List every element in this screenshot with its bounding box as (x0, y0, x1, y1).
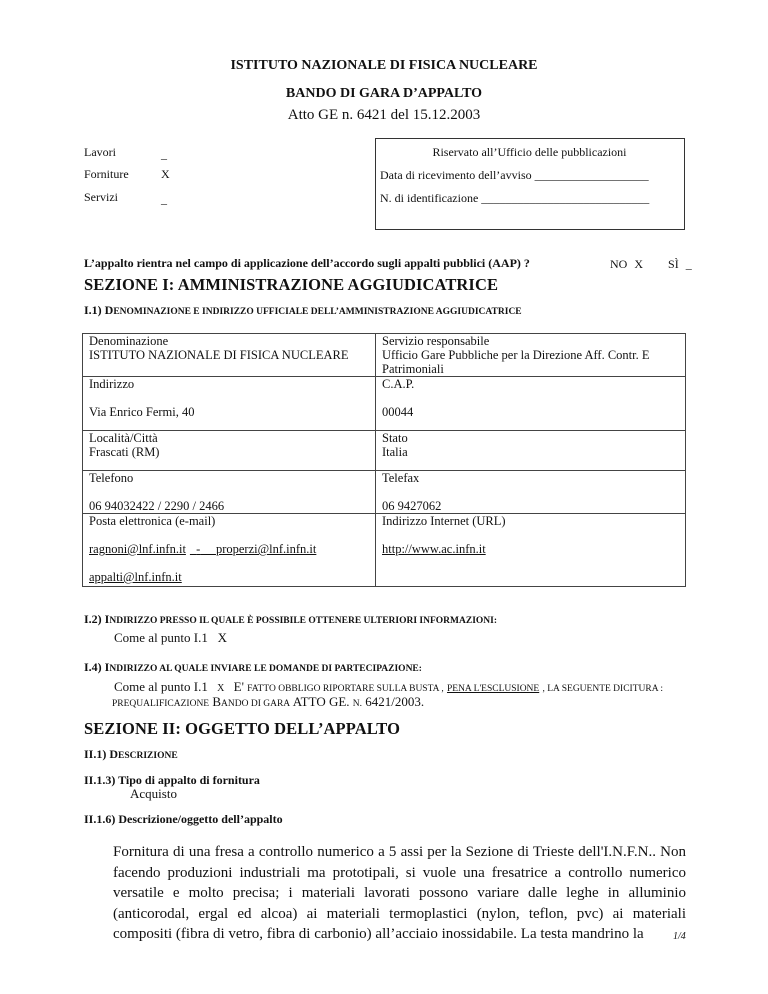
aap-no-label: NO (610, 257, 627, 271)
section-i4-value-line1: Come al punto I.1 x E' fatto obbligo rip… (114, 679, 663, 695)
section-i4-obbligo: fatto obbligo riportare sulla busta , (247, 684, 444, 694)
institution-name: ISTITUTO NAZIONALE DI FISICA NUCLEARE (0, 58, 768, 74)
telefax-value: 06 9427062 (382, 499, 679, 513)
aap-question: L’appalto rientra nel campo di applicazi… (84, 256, 530, 271)
section-i4-number: I.4) (84, 660, 102, 674)
description-paragraph: Fornitura di una fresa a controllo numer… (113, 842, 686, 945)
contract-type-value: _ (161, 147, 167, 162)
email-label: Posta elettronica (e-mail) (89, 514, 369, 528)
section-ii1-text: escrizione (118, 751, 178, 761)
section-i1-number: I.1) (84, 303, 102, 317)
reserved-box: Riservato all’Ufficio delle pubblicazion… (375, 138, 685, 230)
cell-localita: Località/Città Frascati (RM) (83, 431, 376, 471)
aap-no-value: X (634, 257, 643, 271)
section-i4-bando-initial: B (212, 694, 221, 709)
email-link-appalti[interactable]: appalti@lnf.infn.it (89, 570, 182, 584)
email-link-ragnoni[interactable]: ragnoni@lnf.infn.it (89, 542, 186, 556)
identification-field: N. di identificazione __________________… (380, 191, 649, 206)
email-link-properzi[interactable]: properzi@lnf.infn.it (216, 542, 316, 556)
indirizzo-value: Via Enrico Fermi, 40 (89, 405, 369, 419)
contract-type-label: Lavori (84, 145, 116, 160)
cell-denominazione: Denominazione ISTITUTO NAZIONALE DI FISI… (83, 334, 376, 377)
stato-label: Stato (382, 431, 679, 445)
url-link[interactable]: http://www.ac.infn.it (382, 542, 486, 556)
section-i4-value-x: x (217, 683, 224, 694)
stato-value: Italia (382, 445, 679, 459)
localita-label: Località/Città (89, 431, 369, 445)
section-ii1-initial: D (109, 747, 118, 761)
section-i4-pena: pena l'esclusione (447, 684, 539, 694)
cell-indirizzo: Indirizzo Via Enrico Fermi, 40 (83, 377, 376, 431)
received-date-label: Data di ricevimento dell’avviso (380, 168, 532, 182)
cell-url: Indirizzo Internet (URL) http://www.ac.i… (376, 514, 686, 587)
section-i4-number-value: 6421/2003. (365, 694, 424, 709)
cell-telefax: Telefax 06 9427062 (376, 471, 686, 514)
section-i4-prequal: prequalificazione (112, 699, 209, 709)
url-label: Indirizzo Internet (URL) (382, 514, 679, 528)
received-date-field: Data di ricevimento dell’avviso ________… (380, 168, 649, 183)
cap-label: C.A.P. (382, 377, 679, 391)
reserved-box-title: Riservato all’Ufficio delle pubblicazion… (376, 145, 683, 160)
aap-answer: NO X SÌ _ (610, 257, 692, 272)
section-i1-text: enominazione e indirizzo ufficiale dell’… (113, 307, 521, 317)
denominazione-label: Denominazione (89, 334, 369, 348)
contract-type-label: Forniture (84, 167, 129, 182)
email-line: ragnoni@lnf.infn.it - properzi@lnf.infn.… (89, 542, 369, 556)
section-i4-atto: ATTO GE. (293, 694, 350, 709)
servizio-label: Servizio responsabile (382, 334, 679, 348)
section-i4-value-start: Come al punto I.1 (114, 679, 208, 694)
telefono-label: Telefono (89, 471, 369, 485)
section-i4-n: n. (353, 699, 362, 709)
section-ii1-number: II.1) (84, 747, 106, 761)
section-i4-text: ndirizzo al quale inviare le domande di … (109, 664, 422, 674)
section-i1-heading: I.1) Denominazione e indirizzo ufficiale… (84, 303, 522, 318)
aap-yes-value: _ (686, 257, 692, 271)
identification-blank: ____________________________ (481, 191, 649, 205)
cell-stato: Stato Italia (376, 431, 686, 471)
telefax-label: Telefax (382, 471, 679, 485)
cell-telefono: Telefono 06 94032422 / 2290 / 2466 (83, 471, 376, 514)
cell-email: Posta elettronica (e-mail) ragnoni@lnf.i… (83, 514, 376, 587)
contracting-authority-table: Denominazione ISTITUTO NAZIONALE DI FISI… (82, 333, 686, 587)
received-date-blank: ___________________ (535, 168, 649, 182)
contract-type-value: X (161, 167, 170, 182)
telefono-value: 06 94032422 / 2290 / 2466 (89, 499, 369, 513)
section-i2-number: I.2) (84, 612, 102, 626)
document-title: BANDO DI GARA D’APPALTO (0, 86, 768, 102)
section-i4-value-e: E' (234, 679, 244, 694)
aap-yes-label: SÌ (668, 257, 679, 271)
indirizzo-label: Indirizzo (89, 377, 369, 391)
servizio-value: Ufficio Gare Pubbliche per la Direzione … (382, 348, 679, 376)
act-reference: Atto GE n. 6421 del 15.12.2003 (0, 107, 768, 124)
section-i2-value: Come al punto I.1 X (114, 630, 227, 646)
section-i4-dicitura: , la seguente dicitura : (542, 684, 663, 694)
page-number: 1/4 (673, 931, 686, 942)
section-i4-heading: I.4) Indirizzo al quale inviare le doman… (84, 660, 422, 675)
identification-label: N. di identificazione (380, 191, 478, 205)
section-i2-text: ndirizzo presso il quale è possibile ott… (109, 616, 497, 626)
cell-cap: C.A.P. 00044 (376, 377, 686, 431)
section-ii13-value: Acquisto (130, 786, 177, 802)
localita-value: Frascati (RM) (89, 445, 369, 459)
denominazione-value: ISTITUTO NAZIONALE DI FISICA NUCLEARE (89, 348, 369, 362)
cap-value: 00044 (382, 405, 679, 419)
contract-type-label: Servizi (84, 190, 118, 205)
section-1-title: SEZIONE I: AMMINISTRAZIONE AGGIUDICATRIC… (84, 275, 498, 295)
section-ii16-heading: II.1.6) Descrizione/oggetto dell’appalto (84, 812, 283, 827)
section-i4-value-line2: prequalificazione Bando di gara ATTO GE.… (112, 694, 424, 710)
cell-servizio: Servizio responsabile Ufficio Gare Pubbl… (376, 334, 686, 377)
section-ii1-heading: II.1) Descrizione (84, 747, 178, 762)
section-i4-bando-rest: ando di gara (221, 699, 290, 709)
contract-type-value: _ (161, 192, 167, 207)
section-i2-heading: I.2) Indirizzo presso il quale è possibi… (84, 612, 497, 627)
section-2-title: SEZIONE II: OGGETTO DELL’APPALTO (84, 719, 400, 739)
